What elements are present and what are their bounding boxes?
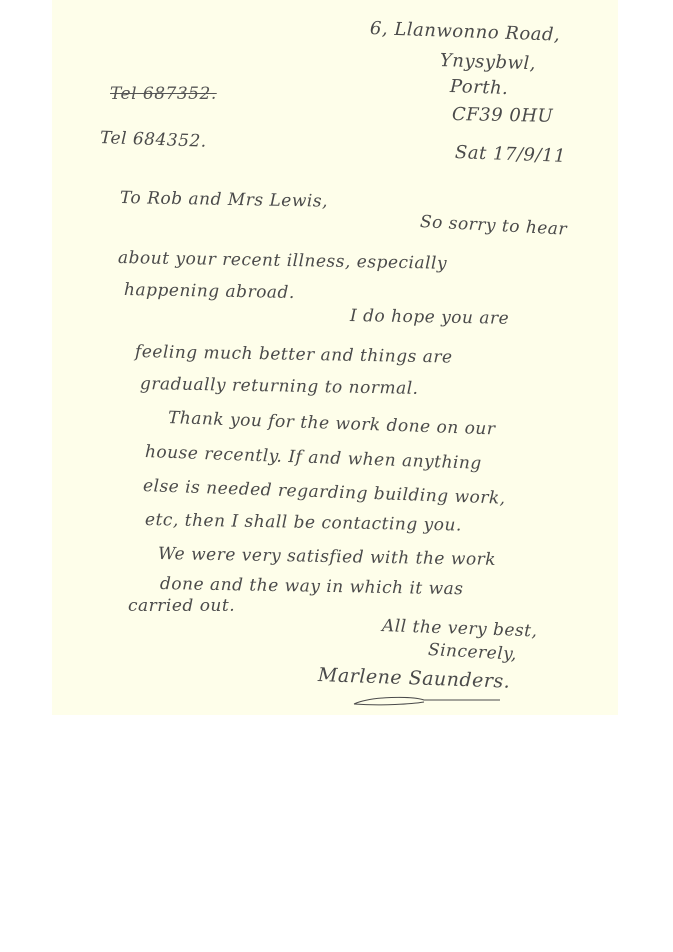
letter-date: Sat 17/9/11 — [455, 142, 567, 167]
body-line: I do hope you are — [350, 306, 510, 329]
body-line: happening abroad. — [124, 280, 295, 303]
phone-number: Tel 684352. — [100, 128, 207, 152]
address-line-3: Porth. — [450, 76, 509, 99]
phone-crossed-out: Tel 687352. — [110, 84, 217, 104]
address-postcode: CF39 0HU — [452, 104, 554, 127]
address-line-2: Ynysybwl, — [440, 50, 537, 74]
signature-underline — [352, 696, 502, 706]
body-line: carried out. — [128, 596, 235, 616]
salutation: To Rob and Mrs Lewis, — [120, 188, 328, 212]
